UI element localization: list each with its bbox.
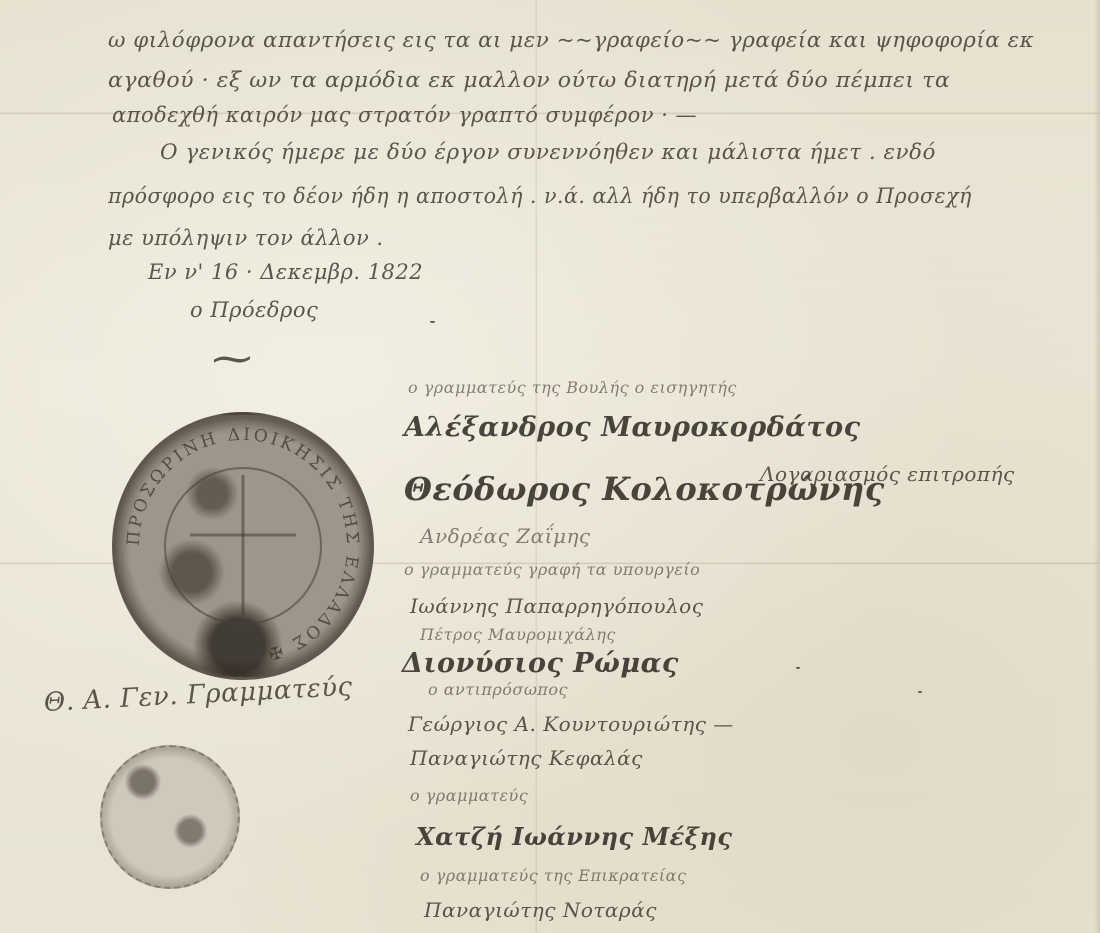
ink-dot <box>796 664 800 669</box>
signature-1: ο γραμματεύς της Βουλής ο εισηγητής <box>408 378 737 397</box>
body-line-1: ω φιλόφρονα απαντήσεις εις τα αι μεν ~~γ… <box>108 28 1034 52</box>
paper-right-edge <box>1094 0 1100 933</box>
body-line-5: πρόσφορο εις το δέον ήδη η αποστολή . ν.… <box>108 184 972 208</box>
signature-14: ο γραμματεύς της Επικρατείας <box>420 866 686 885</box>
body-line-4: Ο γενικός ήμερε με δύο έργον συνεννόηθεν… <box>160 140 936 164</box>
small-seal <box>100 745 240 889</box>
body-line-2: αγαθού · εξ ων τα αρμόδια εκ μαλλον ούτω… <box>108 68 950 92</box>
signature-5: ο γραμματεύς γραφή τα υπουργείο <box>404 560 700 579</box>
signature-6: Ιωάννης Παπαρρηγόπουλος <box>410 594 703 618</box>
signature-13: Χατζή Ιωάννης Μέξης <box>416 822 732 851</box>
ink-dot <box>918 688 922 693</box>
closing-line: ο Πρόεδρος <box>190 298 318 322</box>
signature-10: Γεώργιος Α. Κουντουριώτης — <box>408 712 734 736</box>
right-note: Λογαριασμός επιτροπής <box>760 462 1015 486</box>
seal-ring-text-icon: ΠΡΟΣΩΡΙΝΗ ΔΙΟΙΚΗΣΙΣ ΤΗΣ ΕΛΛΑΔΟΣ ✠ <box>115 415 371 677</box>
signature-15: Παναγιώτης Νοταράς <box>424 898 657 922</box>
signature-4: Ανδρέας Ζαΐμης <box>420 524 591 548</box>
date-line: Εν ν' 16 · Δεκεμβρ. 1822 <box>148 260 423 284</box>
signature-11: Παναγιώτης Κεφαλάς <box>410 746 643 770</box>
signature-7: Πέτρος Μαυρομιχάλης <box>420 625 616 644</box>
signature-12: ο γραμματεύς <box>410 786 528 805</box>
body-line-6: με υπόληψιν τον άλλον . <box>108 226 384 250</box>
signature-2: Αλέξανδρος Μαυροκορδάτος <box>404 412 861 443</box>
signature-9: ο αντιπρόσωπος <box>428 680 568 699</box>
body-line-3: αποδεχθή καιρόν μας στρατόν γραπτό συμφέ… <box>112 103 697 127</box>
large-wax-seal: ΠΡΟΣΩΡΙΝΗ ΔΙΟΙΚΗΣΙΣ ΤΗΣ ΕΛΛΑΔΟΣ ✠ <box>112 412 374 680</box>
ink-dot <box>430 318 435 323</box>
signature-8: Διονύσιος Ρώμας <box>402 648 679 679</box>
flourish-mark: ⁓ <box>212 336 253 382</box>
